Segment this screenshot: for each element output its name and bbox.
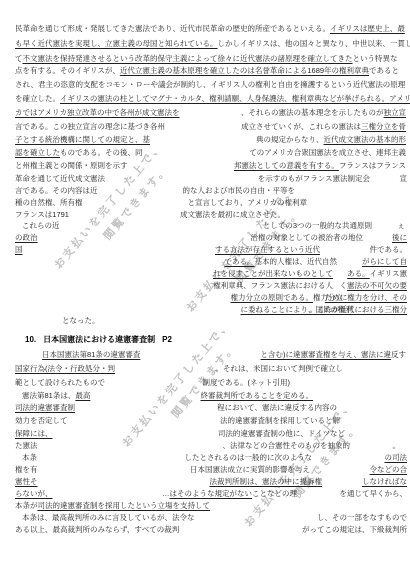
text-segment: …はそのような規定がないことなどの理 xyxy=(162,489,297,499)
text-line: これらの近としての3つの一般的な共通原則ぇ xyxy=(0,221,410,233)
text-segment: 効力を否定して xyxy=(15,416,68,426)
text-line: 権を有日本国憲法成立に実質的影響を与え令などの合 xyxy=(0,465,410,477)
text-segment: れを侵すことが出来ないものとして xyxy=(213,269,333,279)
text-segment: され、君主の恣意的支配をコモン・ローや議会が制約し、イギリス人の権利と自由を擁護… xyxy=(15,80,405,90)
text-line: である。基本的人権は、近代自然がらにして自 xyxy=(0,257,410,269)
text-line: となった。 xyxy=(0,316,410,328)
text-line: の政治治権の対象としての被治者の地位後に xyxy=(0,233,410,245)
text-segment: 典の規定からなり、近代成文憲法の基本的形 xyxy=(256,135,406,145)
text-segment: これらの近 xyxy=(22,221,60,231)
text-segment: 言である。その内容は近 xyxy=(15,186,98,196)
text-segment: と含む)に違憲審査権を与え、憲法に違反す xyxy=(261,350,406,360)
text-segment: ぇ xyxy=(398,221,406,231)
text-segment: 法的違憲審査制を採用していると解 xyxy=(220,416,340,426)
text-line: 認を確立したものである。その後、同てのアメリカ合衆国憲法を成立させ、連邦主義 xyxy=(0,148,410,160)
text-segment: 言である。この独立宣言の理念に基づき各州 xyxy=(15,122,165,132)
text-line: 言である。その内容は近的な人および市民の自由・平等を xyxy=(0,186,410,198)
text-segment: したとされるのは一般的に次のような xyxy=(185,453,313,463)
text-segment: 宣 xyxy=(400,174,408,184)
text-segment: 本条は、最高裁判所のみに言及しているが、法令な xyxy=(22,513,195,523)
text-segment: く憲法の不可欠の要 xyxy=(340,281,408,291)
text-segment: 成立させていくが、これらの憲法は三権分立を骨 xyxy=(241,122,406,132)
text-segment: 権利章典、フランス憲法における人 xyxy=(213,281,333,291)
text-segment: と宣言しており、アメリカの権利章 xyxy=(188,198,307,208)
text-segment: 本条が司法的違憲審査制を採用したという立場を支持して xyxy=(15,501,210,511)
text-segment: を確立した。イギリスの憲法の柱としてマグナ・カルタ、権利請願、人身保護法、権利章… xyxy=(15,94,410,104)
text-line: 憲法第81条は、最高終審裁判所であることを定める。 xyxy=(0,391,410,403)
text-segment: 司法的違憲審査制の他に、ドイツなど xyxy=(218,429,345,439)
text-line: 効力を否定して法的違憲審査制を採用していると解 xyxy=(0,416,410,428)
text-segment: ある。イギリス憲 xyxy=(347,269,407,279)
text-segment: 日本国憲法第81条の違憲審査 xyxy=(42,350,140,360)
text-line: 司法的違憲審査制程において、憲法に違反する内容の xyxy=(0,403,410,415)
text-segment: である。基本的人権は、近代自然 xyxy=(225,257,338,267)
text-line: 種の自然権、所有権と宣言しており、アメリカの権利章 xyxy=(0,198,410,210)
text-segment: 、法律などの合憲性そのものを抽象的 xyxy=(223,441,351,451)
text-line: 本条は、最高裁判所のみに言及しているが、法令なし、その一部をなすもので xyxy=(0,513,410,525)
text-segment: 日本国憲法成立に実質的影響を与え xyxy=(190,465,310,475)
text-line: 民革命を通じて形成・発展してきた憲法であり、近代市民革命の歴史的所産であるといえ… xyxy=(0,24,410,36)
text-segment: 邦憲法としての意義を有する。フランスはフランス xyxy=(234,161,406,171)
text-segment: 。これが近代における三権分 xyxy=(310,305,408,315)
text-line: 子とする統治機構に関しての規定と、基典の規定からなり、近代成文憲法の基本的形 xyxy=(0,135,410,147)
text-line: 保障には、司法的違憲審査制の他に、ドイツなど xyxy=(0,429,410,441)
text-segment: 憲性そ xyxy=(15,477,38,487)
text-line: され、君主の恣意的支配をコモン・ローや議会が制約し、イギリス人の権利と自由を擁護… xyxy=(0,80,410,92)
text-line: を確立した。イギリスの憲法の柱としてマグナ・カルタ、権利請願、人身保護法、権利章… xyxy=(0,94,410,106)
text-segment: 制度である。(ネット引用) xyxy=(203,378,291,388)
text-segment: 憲法第81条は、最高 xyxy=(22,391,90,401)
text-segment: がってこの規定は、下級裁判所 xyxy=(302,525,407,535)
text-segment: 。それは、米国において判例で確立し xyxy=(216,364,344,374)
text-line: 本条したとされるのは一般的に次のようなの司法 xyxy=(0,453,410,465)
text-segment: ある以上、最高裁判所のみならず、すべての裁判 xyxy=(15,525,179,535)
text-segment: てのアメリカ合衆国憲法を成立させ、連邦主義 xyxy=(249,148,406,158)
text-line: 言である。この独立宣言の理念に基づき各州成立させていくが、これらの憲法は三権分立… xyxy=(0,122,410,134)
text-segment: て不文憲法を保持発達させるという改革的保守主義によって徐々に近代憲法の諸原理を確… xyxy=(15,54,398,64)
text-segment: 国 xyxy=(15,245,23,255)
text-segment: 範として設けられたもので xyxy=(15,378,105,388)
text-segment: 子とする統治機構に関しての規定と、基 xyxy=(15,135,150,145)
text-segment: 種の自然権、所有権 xyxy=(15,198,83,208)
text-segment: 民革命を通じて形成・発展してきた憲法であり、近代市民革命の歴史的所産であるといえ… xyxy=(15,24,405,34)
text-line: 本条が司法的違憲審査制を採用したという立場を支持して xyxy=(0,501,410,513)
text-line: 日本国憲法第81条の違憲審査と含む)に違憲審査権を与え、憲法に違反す xyxy=(0,350,410,362)
text-segment: し、その一部をなすもので xyxy=(317,513,407,523)
text-segment: 、それらの憲法の基本理念を示したものが独立宣 xyxy=(241,108,406,118)
text-segment: 令などの合 xyxy=(370,465,408,475)
document-text: 民革命を通じて形成・発展してきた憲法であり、近代市民革命の歴史的所産であるといえ… xyxy=(0,0,410,580)
text-segment: フランスは1791 xyxy=(15,210,69,220)
text-segment: となった。 xyxy=(62,316,100,326)
text-segment: 程において、憲法に違反する内容の xyxy=(217,403,337,413)
text-segment: する方法が存在するという近代 xyxy=(215,245,320,255)
text-segment: 成文憲法を最初に成立させた。 xyxy=(180,210,285,220)
text-segment: 本条 xyxy=(22,453,37,463)
text-segment: 終審裁判所であることを定める。 xyxy=(201,391,314,401)
text-line: と州権主義との関係・原則を示す邦憲法としての意義を有する。フランスはフランス xyxy=(0,161,410,173)
text-segment: しなければな xyxy=(362,477,407,487)
text-line: 国家行為(法令・行政処分・判。それは、米国において判例で確立し xyxy=(0,364,410,376)
text-segment: た憲法 xyxy=(15,441,38,451)
text-line: た憲法、法律などの合憲性そのものを抽象的。 xyxy=(0,441,410,453)
text-line: 権力分立の原則である。権力分立ために権力を分け、その xyxy=(0,293,410,305)
text-line: カではアメリカ独立改革の中で各州が成文憲法を、それらの憲法の基本理念を示したもの… xyxy=(0,108,410,120)
text-segment: としての3つの一般的な共通原則 xyxy=(263,221,372,231)
text-line: 点を有する。そのイギリスが、近代立憲主義の基本原理を確立したのは名誉革命による1… xyxy=(0,66,410,78)
text-segment: の司法 xyxy=(385,453,408,463)
text-segment: 革命を通じて近代成文憲法 xyxy=(15,174,105,184)
text-line: 革命を通じて近代成文憲法を示すのもがフランス憲法制定会宣 xyxy=(0,174,410,186)
text-segment: 法裁判所制は、憲法の中に提訴権 xyxy=(210,477,323,487)
text-segment: 保障には、 xyxy=(15,429,53,439)
text-segment: 権を有 xyxy=(15,465,38,475)
text-segment: 点を有する。そのイギリスが、近代立憲主義の基本原理を確立したのは名誉革命による1… xyxy=(15,66,399,76)
text-segment: 国家行為(法令・行政処分・判 xyxy=(15,364,115,374)
text-line: て不文憲法を保持発達させるという改革的保守主義によって徐々に近代憲法の諸原理を確… xyxy=(0,54,410,66)
text-line: も早く近代憲法を実現し、立憲主義の母国と知られている。しかしイギリスは、他の国々… xyxy=(0,39,410,51)
text-segment: の政治 xyxy=(15,233,38,243)
text-line: ある以上、最高裁判所のみならず、すべての裁判がってこの規定は、下級裁判所 xyxy=(0,525,410,537)
text-line: 範として設けられたもので制度である。(ネット引用) xyxy=(0,378,410,390)
text-segment: カではアメリカ独立改革の中で各州が成文憲法を xyxy=(15,108,179,118)
text-segment: らないが、 xyxy=(15,489,53,499)
text-segment: 件である。 xyxy=(370,245,408,255)
text-line: 権利章典、フランス憲法における人く憲法の不可欠の要 xyxy=(0,281,410,293)
text-segment: 認を確立したものである。その後、同 xyxy=(15,148,143,158)
text-segment: を通じて早くから、 xyxy=(340,489,408,499)
text-segment: 。 xyxy=(393,441,401,451)
text-line: 国する方法が存在するという近代件である。 xyxy=(0,245,410,257)
text-segment: ために権力を分け、その xyxy=(325,293,407,303)
text-segment: 治権の対象としての被治者の地位 xyxy=(251,233,364,243)
text-segment: 後に xyxy=(392,233,407,243)
text-segment: と州権主義との関係・原則を示す xyxy=(15,161,128,171)
document-page: お支払いを完了した上で、 閲覧できます。お支払いを完了した上で、 閲覧できます。… xyxy=(0,0,410,580)
text-line: れを侵すことが出来ないものとしてある。イギリス憲 xyxy=(0,269,410,281)
text-line: らないが、…はそのような規定がないことなどの理を通じて早くから、 xyxy=(0,489,410,501)
text-segment: 的な人および市民の自由・平等を xyxy=(183,186,296,196)
text-segment: も早く近代憲法を実現し、立憲主義の母国と知られている。しかしイギリスは、他の国々… xyxy=(15,39,410,49)
text-line: 憲性そ法裁判所制は、憲法の中に提訴権しなければな xyxy=(0,477,410,489)
text-segment: 司法的違憲審査制 xyxy=(15,403,75,413)
text-segment: を示すのもがフランス憲法制定会 xyxy=(258,174,370,184)
text-segment: がらにして自 xyxy=(362,257,407,267)
